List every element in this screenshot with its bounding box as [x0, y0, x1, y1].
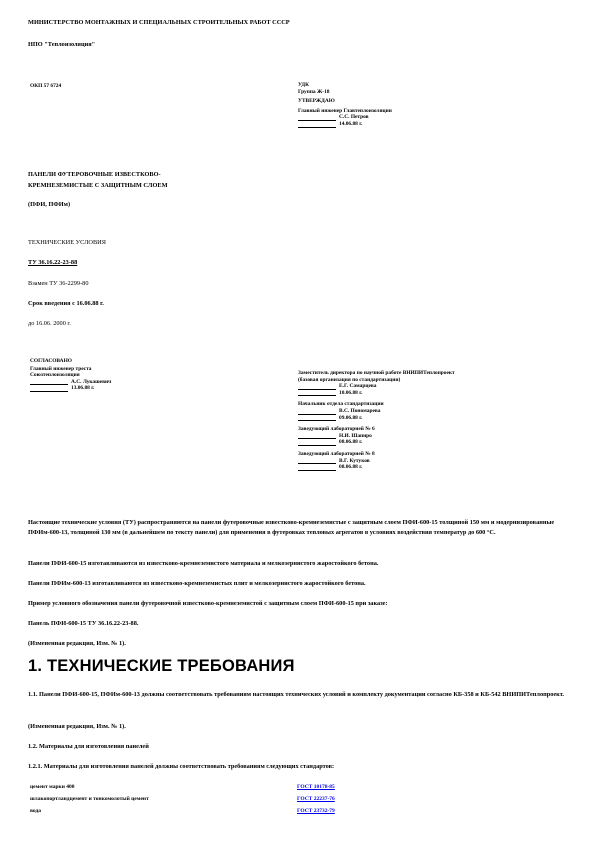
agreed-heading: СОГЛАСОВАНО	[30, 358, 111, 365]
date-line	[298, 415, 336, 421]
ministry-name: МИНИСТЕРСТВО МОНТАЖНЫХ И СПЕЦИАЛЬНЫХ СТР…	[28, 19, 290, 26]
signer-name: Н.И. Шапиро	[339, 433, 372, 439]
material-name: вода	[30, 808, 41, 814]
signature-row: Н.И. Шапиро	[298, 433, 455, 440]
approval-date: 14.06.88 г.	[339, 121, 362, 127]
intro-paragraph-example: Пример условного обозначения панели футе…	[28, 599, 573, 609]
spec-valid-from: Срок введения с 16.06.88 г.	[28, 300, 104, 307]
intro-paragraph-pfim: Панели ПФИм-600-13 изготавливаются из из…	[28, 579, 573, 589]
date-row: 09.06.88 г.	[298, 415, 455, 422]
signer-name: В.Г. Кутуков	[339, 458, 370, 464]
date-row: 13.06.88 г.	[30, 385, 111, 392]
date-row: 10.06.88 г.	[298, 390, 455, 397]
sign-date: 09.06.88 г.	[339, 415, 362, 421]
agreed-left-position-2: Союзтеплоизоляция	[30, 372, 111, 379]
clause-1-1: 1.1. Панели ПФИ-600-15, ПФИм-600-13 долж…	[28, 690, 573, 700]
date-line	[298, 122, 336, 128]
sign-date: 08.06.88 г.	[339, 464, 362, 470]
agreed-right-block: Заместитель директора по научной работе …	[298, 370, 455, 471]
approver-name: С.С. Петров	[339, 114, 369, 120]
clause-1-2-1: 1.2.1. Материалы для изготовления панеле…	[28, 762, 573, 772]
sign-date: 08.06.88 г.	[339, 439, 362, 445]
signature-row: А.С. Лукашевич	[30, 379, 111, 386]
sign-date: 10.06.88 г.	[339, 390, 362, 396]
approval-block: УДК Группа Ж-18 УТВЕРЖДАЮ Главный инжене…	[298, 82, 392, 128]
title-line-1: ПАНЕЛИ ФУТЕРОВОЧНЫЕ ИЗВЕСТКОВО-	[28, 169, 168, 180]
standard-link[interactable]: ГОСТ 10178-85	[297, 784, 335, 790]
signer-position: Начальник отдела стандартизации	[298, 401, 455, 408]
signer-position-note: (базовая организация по стандартизации)	[298, 377, 455, 384]
date-line	[30, 386, 68, 392]
intro-example-designation: Панель ПФИ-600-15 ТУ 36.16.22-23-88.	[28, 619, 573, 629]
intro-revision-note: (Измененная редакция, Изм. № 1).	[28, 639, 573, 649]
spec-replaces: Взамен ТУ 36-2299-80	[28, 280, 88, 287]
agreed-right-entry: Заведующий лабораторией № 6 Н.И. Шапиро …	[298, 426, 455, 446]
agreed-left-block: СОГЛАСОВАНО Главный инженер треста Союзт…	[30, 358, 111, 392]
signer-name: Е.Г. Самарцева	[339, 383, 376, 389]
date-row: 14.06.88 г.	[298, 121, 392, 128]
signature-line	[298, 409, 336, 415]
signature-row: С.С. Петров	[298, 114, 392, 121]
date-line	[298, 440, 336, 446]
title-line-2: КРЕМНЕЗЕМИСТЫЕ С ЗАЩИТНЫМ СЛОЕМ	[28, 180, 168, 191]
material-name: цемент марки 400	[30, 784, 75, 790]
date-line	[298, 465, 336, 471]
signature-row: В.С. Пономарева	[298, 408, 455, 415]
sign-date: 13.06.88 г.	[71, 385, 94, 391]
spec-valid-to: до 16.06. 2000 г.	[28, 320, 71, 327]
standard-link[interactable]: ГОСТ 22237-76	[297, 796, 335, 802]
udk-label: УДК	[298, 82, 392, 89]
signer-position: Заведующий лабораторией № 8	[298, 451, 455, 458]
signature-line	[298, 384, 336, 390]
agreed-right-entry: Заведующий лабораторией № 8 В.Г. Кутуков…	[298, 451, 455, 471]
intro-paragraph-pfi: Панели ПФИ-600-15 изготавливаются из изв…	[28, 559, 573, 569]
title-abbreviation: (ПФИ, ПФИм)	[28, 199, 168, 210]
material-name: шлакопортландцемент и тонкомолотый цемен…	[30, 796, 149, 802]
standard-link[interactable]: ГОСТ 23732-79	[297, 808, 335, 814]
group-label: Группа Ж-18	[298, 89, 392, 96]
spec-code: ТУ 36.16.22-23-88	[28, 259, 77, 266]
document-title: ПАНЕЛИ ФУТЕРОВОЧНЫЕ ИЗВЕСТКОВО- КРЕМНЕЗЕ…	[28, 169, 168, 210]
signer-position: Заведующий лабораторией № 6	[298, 426, 455, 433]
agreed-right-entry: Начальник отдела стандартизации В.С. Пон…	[298, 401, 455, 421]
signer-position: Заместитель директора по научной работе …	[298, 370, 455, 377]
date-line	[298, 390, 336, 396]
spec-type: ТЕХНИЧЕСКИЕ УСЛОВИЯ	[28, 239, 106, 246]
agreed-right-entry: Заместитель директора по научной работе …	[298, 370, 455, 396]
approved-label: УТВЕРЖДАЮ	[298, 98, 392, 105]
signature-row: Е.Г. Самарцева	[298, 383, 455, 390]
approver-position: Главный инженер Главтеплоизоляции	[298, 108, 392, 115]
signer-name: А.С. Лукашевич	[71, 379, 111, 385]
clause-1-1-revision-note: (Измененная редакция, Изм. № 1).	[28, 722, 573, 732]
section-heading-technical-requirements: 1. ТЕХНИЧЕСКИЕ ТРЕБОВАНИЯ	[28, 657, 295, 676]
agreed-left-position-1: Главный инженер треста	[30, 366, 111, 373]
organization-name: НПО "Теплоизоляция"	[28, 41, 95, 48]
okp-code: ОКП 57 6724	[30, 83, 61, 90]
date-row: 08.06.88 г.	[298, 439, 455, 446]
date-row: 08.06.88 г.	[298, 464, 455, 471]
clause-1-2: 1.2. Материалы для изготовления панелей	[28, 742, 573, 752]
signature-row: В.Г. Кутуков	[298, 458, 455, 465]
signer-name: В.С. Пономарева	[339, 408, 380, 414]
intro-paragraph-scope: Настоящие технические условия (ТУ) распр…	[28, 518, 573, 538]
